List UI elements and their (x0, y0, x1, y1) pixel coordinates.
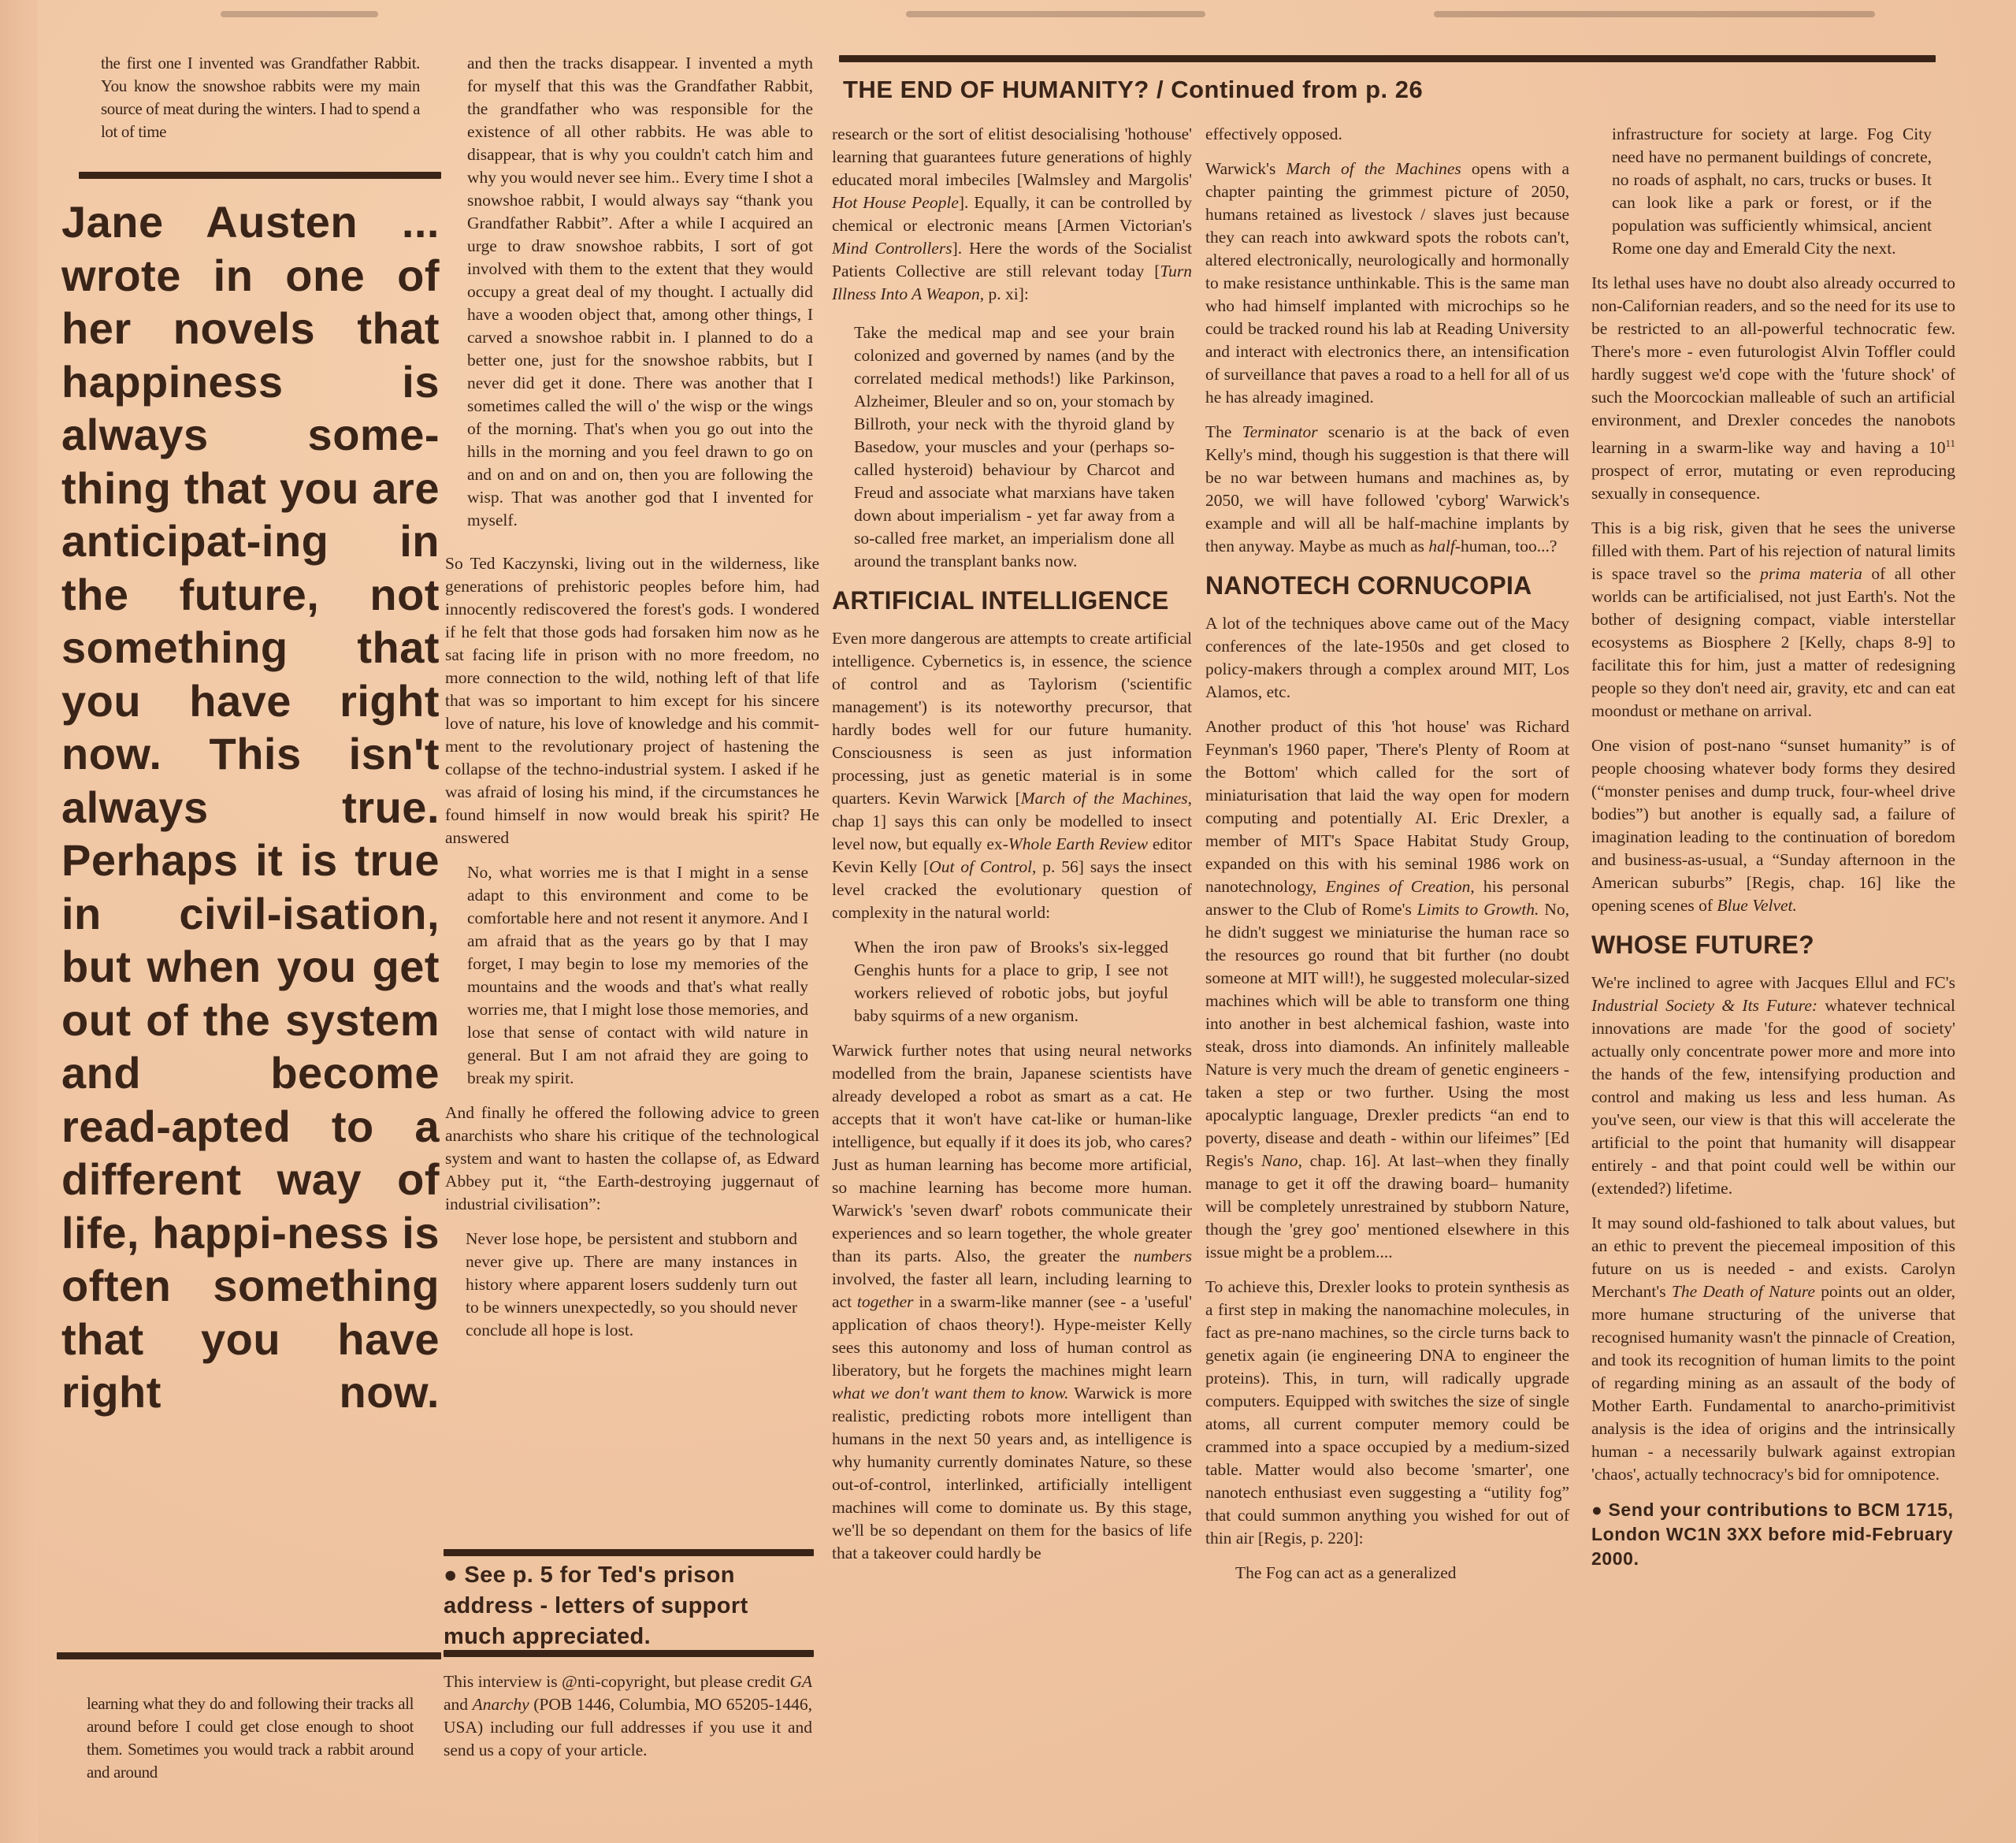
publication-name: Whole Earth Review (1008, 834, 1148, 853)
text-run: Even more dangerous are attempts to crea… (832, 629, 1192, 808)
exponent: 11 (1945, 437, 1955, 449)
text-run: One vision of post-nano “sunset humanity… (1591, 736, 1955, 915)
copyright-notice: This interview is @nti-copyright, but pl… (444, 1670, 812, 1774)
book-title: Mind Controllers (832, 239, 952, 258)
body-paragraph: This is a big risk, given that he sees t… (1591, 517, 1955, 723)
blockquote: infrastructure for society at large. Fog… (1591, 123, 1955, 260)
col5-article: infrastructure for society at large. Fog… (1591, 123, 1955, 1571)
emphasis: numbers (1134, 1247, 1192, 1265)
body-paragraph: the first one I invented was Grandfather… (101, 52, 420, 143)
col1-top-text: the first one I invented was Grandfather… (101, 52, 420, 155)
text-run: opens with a chapter painting the grimme… (1205, 159, 1569, 407)
divider-rule (79, 172, 441, 179)
body-paragraph: To achieve this, Drexler looks to protei… (1205, 1276, 1569, 1550)
book-title: Out of Control (929, 857, 1032, 876)
body-paragraph: Its lethal uses have no doubt also alrea… (1591, 272, 1955, 505)
emphasis: prima materia (1760, 564, 1862, 583)
blockquote: Take the medical map and see your brain … (832, 321, 1192, 573)
divider-rule (57, 1652, 441, 1659)
body-paragraph: We're inclined to agree with Jacques Ell… (1591, 972, 1955, 1200)
contributions-callout: ● Send your contributions to BCM 1715, L… (1591, 1498, 1955, 1571)
text-run: The (1205, 422, 1242, 441)
exponent-base: 10 (1929, 438, 1946, 457)
article-headline: THE END OF HUMANITY? / Continued from p.… (843, 76, 1423, 104)
text-run: whatever technical innovations are made … (1591, 996, 1955, 1198)
col2-interview: and then the tracks disappear. I invente… (445, 52, 819, 1354)
text-run: scenario is at the back of even Kelly's … (1205, 422, 1569, 556)
subhead-artificial-intelligence: ARTIFICIAL INTELLIGENCE (832, 585, 1192, 616)
col1-bottom-text: learning what they do and following thei… (87, 1693, 414, 1796)
body-paragraph: Even more dangerous are attempts to crea… (832, 627, 1192, 924)
blockquote: When the iron paw of Brooks's six-legged… (832, 936, 1192, 1027)
prison-address-callout: ● See p. 5 for Ted's prison address - le… (444, 1560, 814, 1652)
body-paragraph: effectively opposed. (1205, 123, 1569, 146)
headline-rule (839, 55, 1936, 62)
text-run: Warwick further notes that using neural … (832, 1041, 1192, 1265)
copyright-text: This interview is @nti-copyright, but pl… (444, 1672, 789, 1691)
col3-article: research or the sort of elitist desocial… (832, 123, 1192, 1577)
book-title: March of the Machines (1286, 159, 1461, 178)
body-paragraph: And finally he offered the following adv… (445, 1102, 819, 1216)
pull-quote: Jane Austen ... wrote in one of her nove… (61, 195, 440, 1419)
body-paragraph: One vision of post-nano “sunset humanity… (1591, 734, 1955, 917)
book-title: March of the Machines (1021, 789, 1188, 808)
text-run: We're inclined to agree with Jacques Ell… (1591, 973, 1955, 992)
body-paragraph: The Terminator scenario is at the back o… (1205, 421, 1569, 558)
blockquote: No, what worries me is that I might in a… (445, 861, 819, 1090)
text-run: No, he didn't suggest we miniaturise the… (1205, 900, 1569, 1170)
subhead-whose-future: WHOSE FUTURE? (1591, 929, 1955, 961)
print-smudge (1434, 11, 1875, 17)
body-paragraph: Warwick further notes that using neural … (832, 1039, 1192, 1565)
book-title: The Death of Nature (1672, 1282, 1815, 1301)
body-paragraph: A lot of the techniques above came out o… (1205, 612, 1569, 704)
print-smudge (906, 11, 1205, 17)
blockquote: and then the tracks disappear. I invente… (445, 52, 819, 532)
callout-text: ● See p. 5 for Ted's prison address - le… (444, 1560, 814, 1652)
blockquote: Never lose hope, be persistent and stubb… (445, 1228, 819, 1342)
publication-name: Anarchy (473, 1695, 529, 1714)
print-smudge (221, 11, 378, 17)
text-run: Its lethal uses have no doubt also alrea… (1591, 273, 1955, 457)
book-title: Engines of Creation (1325, 877, 1470, 896)
book-title: Hot House People (832, 193, 959, 212)
col4-article: effectively opposed. Warwick's March of … (1205, 123, 1569, 1596)
text-run: of all other worlds can be artificialise… (1591, 564, 1955, 720)
film-title: Blue Velvet. (1717, 896, 1796, 915)
body-paragraph: So Ted Kaczynski, living out in the wild… (445, 552, 819, 849)
copyright-text: and (444, 1695, 473, 1714)
body-paragraph: Warwick's March of the Machines opens wi… (1205, 158, 1569, 409)
page-margin-bleed (0, 0, 38, 1843)
body-paragraph: research or the sort of elitist desocial… (832, 123, 1192, 306)
text-run: -human, too...? (1455, 537, 1557, 556)
book-title: Limits to Growth. (1417, 900, 1539, 919)
subhead-nanotech-cornucopia: NANOTECH CORNUCOPIA (1205, 570, 1569, 601)
body-paragraph: learning what they do and following thei… (87, 1693, 414, 1784)
film-title: Terminator (1242, 422, 1318, 441)
divider-rule (444, 1549, 814, 1556)
emphasis: half (1428, 537, 1454, 556)
divider-rule (444, 1650, 814, 1657)
text-run: , p. xi]: (980, 284, 1029, 303)
publication-name: GA (789, 1672, 812, 1691)
emphasis: together (857, 1292, 914, 1311)
text-run: research or the sort of elitist desocial… (832, 124, 1192, 189)
emphasis: what we don't want them to know. (832, 1384, 1069, 1403)
body-paragraph: Another product of this 'hot house' was … (1205, 715, 1569, 1264)
blockquote: The Fog can act as a generalized (1205, 1562, 1569, 1585)
book-title: Industrial Society & Its Future: (1591, 996, 1817, 1015)
text-run: points out an older, more humane structu… (1591, 1282, 1955, 1484)
text-run: Warwick is more realistic, predicting ro… (832, 1384, 1192, 1562)
text-run: prospect of error, mutating or even repr… (1591, 461, 1955, 503)
text-run: Warwick's (1205, 159, 1286, 178)
text-run: Another product of this 'hot house' was … (1205, 717, 1569, 896)
body-paragraph: It may sound old-fashioned to talk about… (1591, 1212, 1955, 1486)
book-title: Nano (1261, 1151, 1298, 1170)
